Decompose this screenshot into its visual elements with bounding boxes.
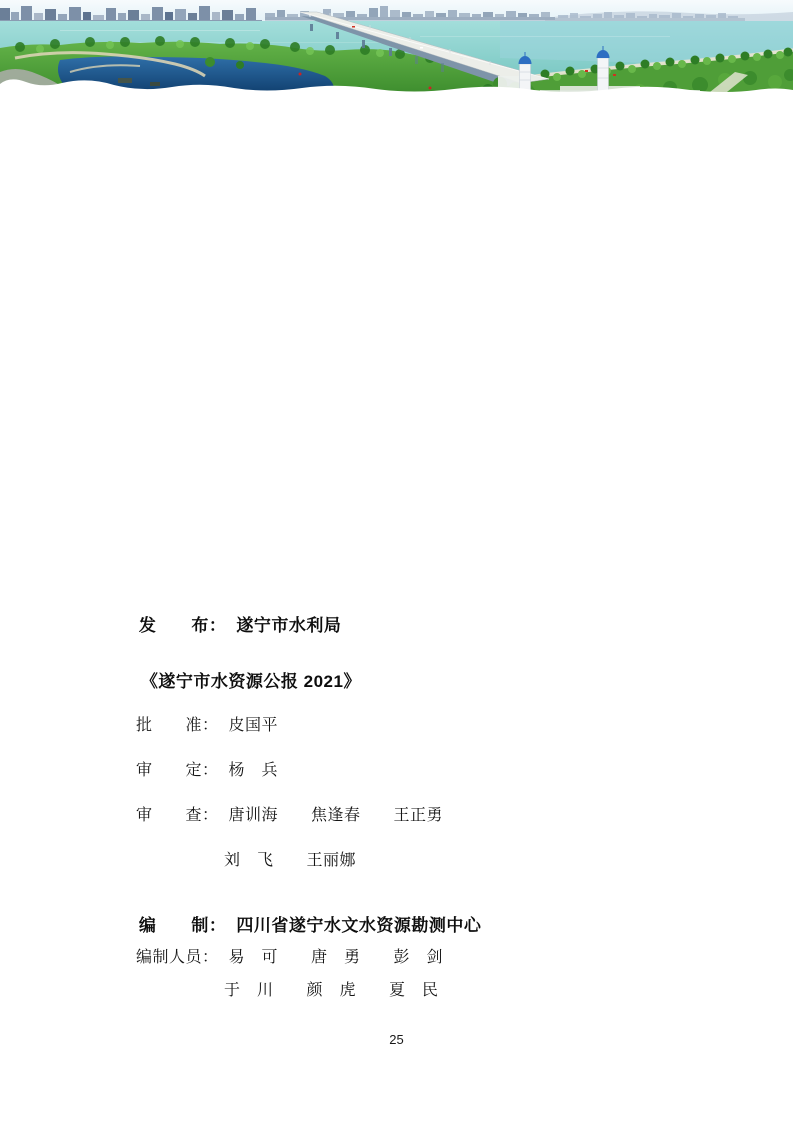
reviewer-label: 审 查：	[136, 807, 219, 825]
publisher-label: 发 布：	[139, 616, 227, 636]
document-page: 发 布：遂宁市水利局 《遂宁市水资源公报 2021》 批 准：皮国平 审 定：杨…	[0, 0, 793, 1122]
approver-label: 批 准：	[136, 717, 219, 735]
page-number: 25	[0, 1032, 793, 1047]
reviewer-value: 唐训海 焦逢春 王正勇	[229, 807, 444, 824]
approver-value: 皮国平	[229, 717, 279, 734]
reviewer-value-continued: 刘 飞 王丽娜	[224, 852, 356, 869]
staff-value-continued: 于 川 颜 虎 夏 民	[224, 982, 439, 999]
verifier-value: 杨 兵	[229, 762, 279, 779]
publisher-line: 发 布：遂宁市水利局	[118, 596, 341, 655]
staff-line-continued: 于 川 颜 虎 夏 民	[206, 964, 439, 1019]
verifier-label: 审 定：	[136, 762, 219, 780]
reviewer-line-continued: 刘 飞 王丽娜	[206, 834, 356, 889]
city-river-panorama-illustration	[0, 0, 793, 96]
header-photo	[0, 0, 793, 96]
publisher-value: 遂宁市水利局	[236, 616, 341, 635]
bulletin-title: 《遂宁市水资源公报 2021》	[141, 672, 361, 691]
